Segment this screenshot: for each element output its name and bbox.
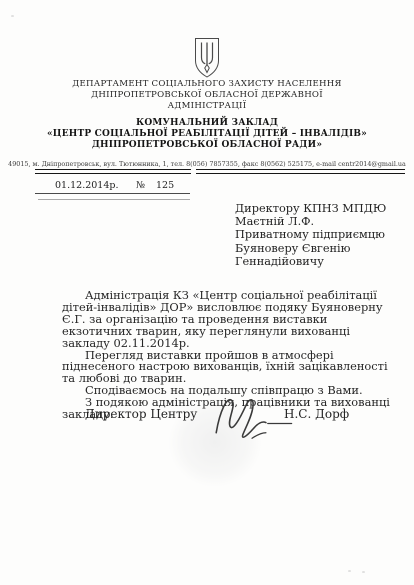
- ukraine-trident-icon: [192, 36, 222, 80]
- letter-number: 125: [156, 180, 174, 191]
- recipient-line: Маєтній Л.Ф.: [235, 215, 395, 228]
- recipient-line: Директору КПНЗ МПДЮ: [235, 202, 395, 215]
- department-heading: ДЕПАРТАМЕНТ СОЦІАЛЬНОГО ЗАХИСТУ НАСЕЛЕНН…: [0, 79, 414, 112]
- letterhead-rule-right: [196, 169, 405, 174]
- recipient-line: Буяноверу Євгенію: [235, 242, 395, 255]
- recipient-line: Приватному підприємцю: [235, 228, 395, 241]
- signatory-name: Н.С. Дорф: [284, 407, 349, 421]
- scan-speck: [11, 15, 14, 17]
- body-paragraph: Перегляд виставки пройшов в атмосфері пі…: [62, 350, 396, 386]
- organization-heading: КОМУНАЛЬНИЙ ЗАКЛАД «ЦЕНТР СОЦІАЛЬНОЇ РЕА…: [0, 118, 414, 151]
- number-sign: №: [136, 180, 145, 191]
- signatory-title: Директор Центру: [85, 407, 197, 421]
- letter-date: 01.12.2014р.: [55, 180, 119, 191]
- department-line: АДМІНІСТРАЦІЇ: [0, 101, 414, 112]
- contact-address-line: 49015, м. Дніпропетровськ, вул. Тютюнник…: [0, 160, 414, 168]
- reference-line: 01.12.2014р. № 125: [35, 179, 190, 194]
- organization-line: ДНІПРОПЕТРОВСЬКОЇ ОБЛАСНОЇ РАДИ»: [0, 140, 414, 151]
- recipient-block: Директору КПНЗ МПДЮ Маєтній Л.Ф. Приватн…: [235, 202, 395, 268]
- recipient-line: Геннадійовичу: [235, 255, 395, 268]
- organization-line: КОМУНАЛЬНИЙ ЗАКЛАД: [0, 118, 414, 129]
- department-line: ДЕПАРТАМЕНТ СОЦІАЛЬНОГО ЗАХИСТУ НАСЕЛЕНН…: [0, 79, 414, 90]
- scanned-letter-page: ДЕПАРТАМЕНТ СОЦІАЛЬНОГО ЗАХИСТУ НАСЕЛЕНН…: [0, 0, 414, 585]
- organization-line: «ЦЕНТР СОЦІАЛЬНОЇ РЕАБІЛІТАЦІЇ ДІТЕЙ – І…: [0, 129, 414, 140]
- scan-speck: [362, 571, 365, 573]
- letterhead-rule-left: [35, 169, 191, 174]
- body-paragraph: Адміністрація КЗ «Центр соціальної реабі…: [62, 290, 396, 350]
- reference-underline: [38, 199, 190, 200]
- department-line: ДНІПРОПЕТРОВСЬКОЇ ОБЛАСНОЇ ДЕРЖАВНОЇ: [0, 90, 414, 101]
- scan-speck: [348, 570, 351, 572]
